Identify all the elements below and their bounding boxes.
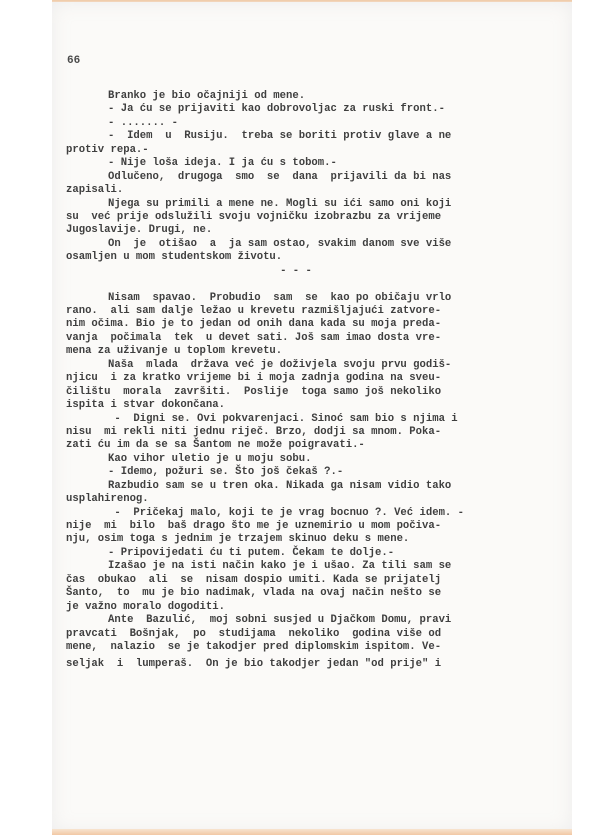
text-line: rano. ali sam dalje ležao u krevetu razm… <box>66 305 556 318</box>
text-line: čas obukao ali se nisam dospio umiti. Ka… <box>66 574 556 587</box>
text-line: protiv repa.- <box>66 144 556 157</box>
text-line: su već prije odslužili svoju vojničku iz… <box>66 211 556 224</box>
text-line: Branko je bio očajniji od mene. <box>66 90 556 103</box>
text-line: Nisam spavao. Probudio sam se kao po obi… <box>66 292 556 305</box>
text-line: osamljen u mom studentskom životu. <box>66 251 556 264</box>
text-line: - Nije loša ideja. I ja ću s tobom.- <box>66 157 556 170</box>
text-line: - Ja ću se prijaviti kao dobrovoljac za … <box>66 103 556 116</box>
text-line: Odlučeno, drugoga smo se dana prijavili … <box>66 171 556 184</box>
text-line: seljak i lumperaš. On je bio takodjer je… <box>66 658 556 671</box>
section-separator: - - - <box>66 265 526 278</box>
text-line: nju, osim toga s jednim je trzajem skinu… <box>66 533 556 546</box>
text-line: Ante Bazulić, moj sobni susjed u Djačkom… <box>66 614 556 627</box>
text-line: je važno moralo dogoditi. <box>66 601 556 614</box>
text-line <box>66 278 556 291</box>
text-line: pravcati Bošnjak, po studijama nekoliko … <box>66 628 556 641</box>
text-line: vanja počimala tek u devet sati. Još sam… <box>66 332 556 345</box>
text-line: Njega su primili a mene ne. Mogli su ići… <box>66 198 556 211</box>
text-line: - Digni se. Ovi pokvarenjaci. Sinoć sam … <box>66 413 556 426</box>
text-line: Šanto, to mu je bio nadimak, vlada na ov… <box>66 587 556 600</box>
text-line: nim očima. Bio je to jedan od onih dana … <box>66 318 556 331</box>
text-line: - ....... - <box>66 117 556 130</box>
text-line: mena za uživanje u toplom krevetu. <box>66 345 556 358</box>
page-number: 66 <box>67 55 80 67</box>
text-line: nisu mi rekli niti jednu riječ. Brzo, do… <box>66 426 556 439</box>
text-line: usplahirenog. <box>66 493 556 506</box>
text-line: ispita i stvar dokončana. <box>66 399 556 412</box>
text-line: - Idem u Rusiju. treba se boriti protiv … <box>66 130 556 143</box>
body-text: Branko je bio očajniji od mene.- Ja ću s… <box>66 90 556 672</box>
text-line: Naša mlada država već je doživjela svoju… <box>66 359 556 372</box>
text-line: - Pripovijedati ću ti putem. Čekam te do… <box>66 547 556 560</box>
text-line: mene, nalazio se je takodjer pred diplom… <box>66 641 556 654</box>
text-line: zapisali. <box>66 184 556 197</box>
text-line: On je otišao a ja sam ostao, svakim dano… <box>66 238 556 251</box>
text-line: Kao vihor uletio je u moju sobu. <box>66 453 556 466</box>
text-line: Razbudio sam se u tren oka. Nikada ga ni… <box>66 480 556 493</box>
text-line: nije mi bilo baš drago što me je uznemir… <box>66 520 556 533</box>
page-bottom-edge <box>52 829 572 835</box>
text-line: čilištu morala završiti. Poslije toga sa… <box>66 386 556 399</box>
text-line: - Pričekaj malo, koji te je vrag bocnuo … <box>66 507 556 520</box>
text-line: zati ću im da se sa Šantom ne može poigr… <box>66 439 556 452</box>
text-line: - Idemo, požuri se. Što još čekaš ?.- <box>66 466 556 479</box>
text-line: Jugoslavije. Drugi, ne. <box>66 224 556 237</box>
text-line: njicu i za kratko vrijeme bi i moja zadn… <box>66 372 556 385</box>
text-line: Izašao je na isti način kako je i ušao. … <box>66 560 556 573</box>
